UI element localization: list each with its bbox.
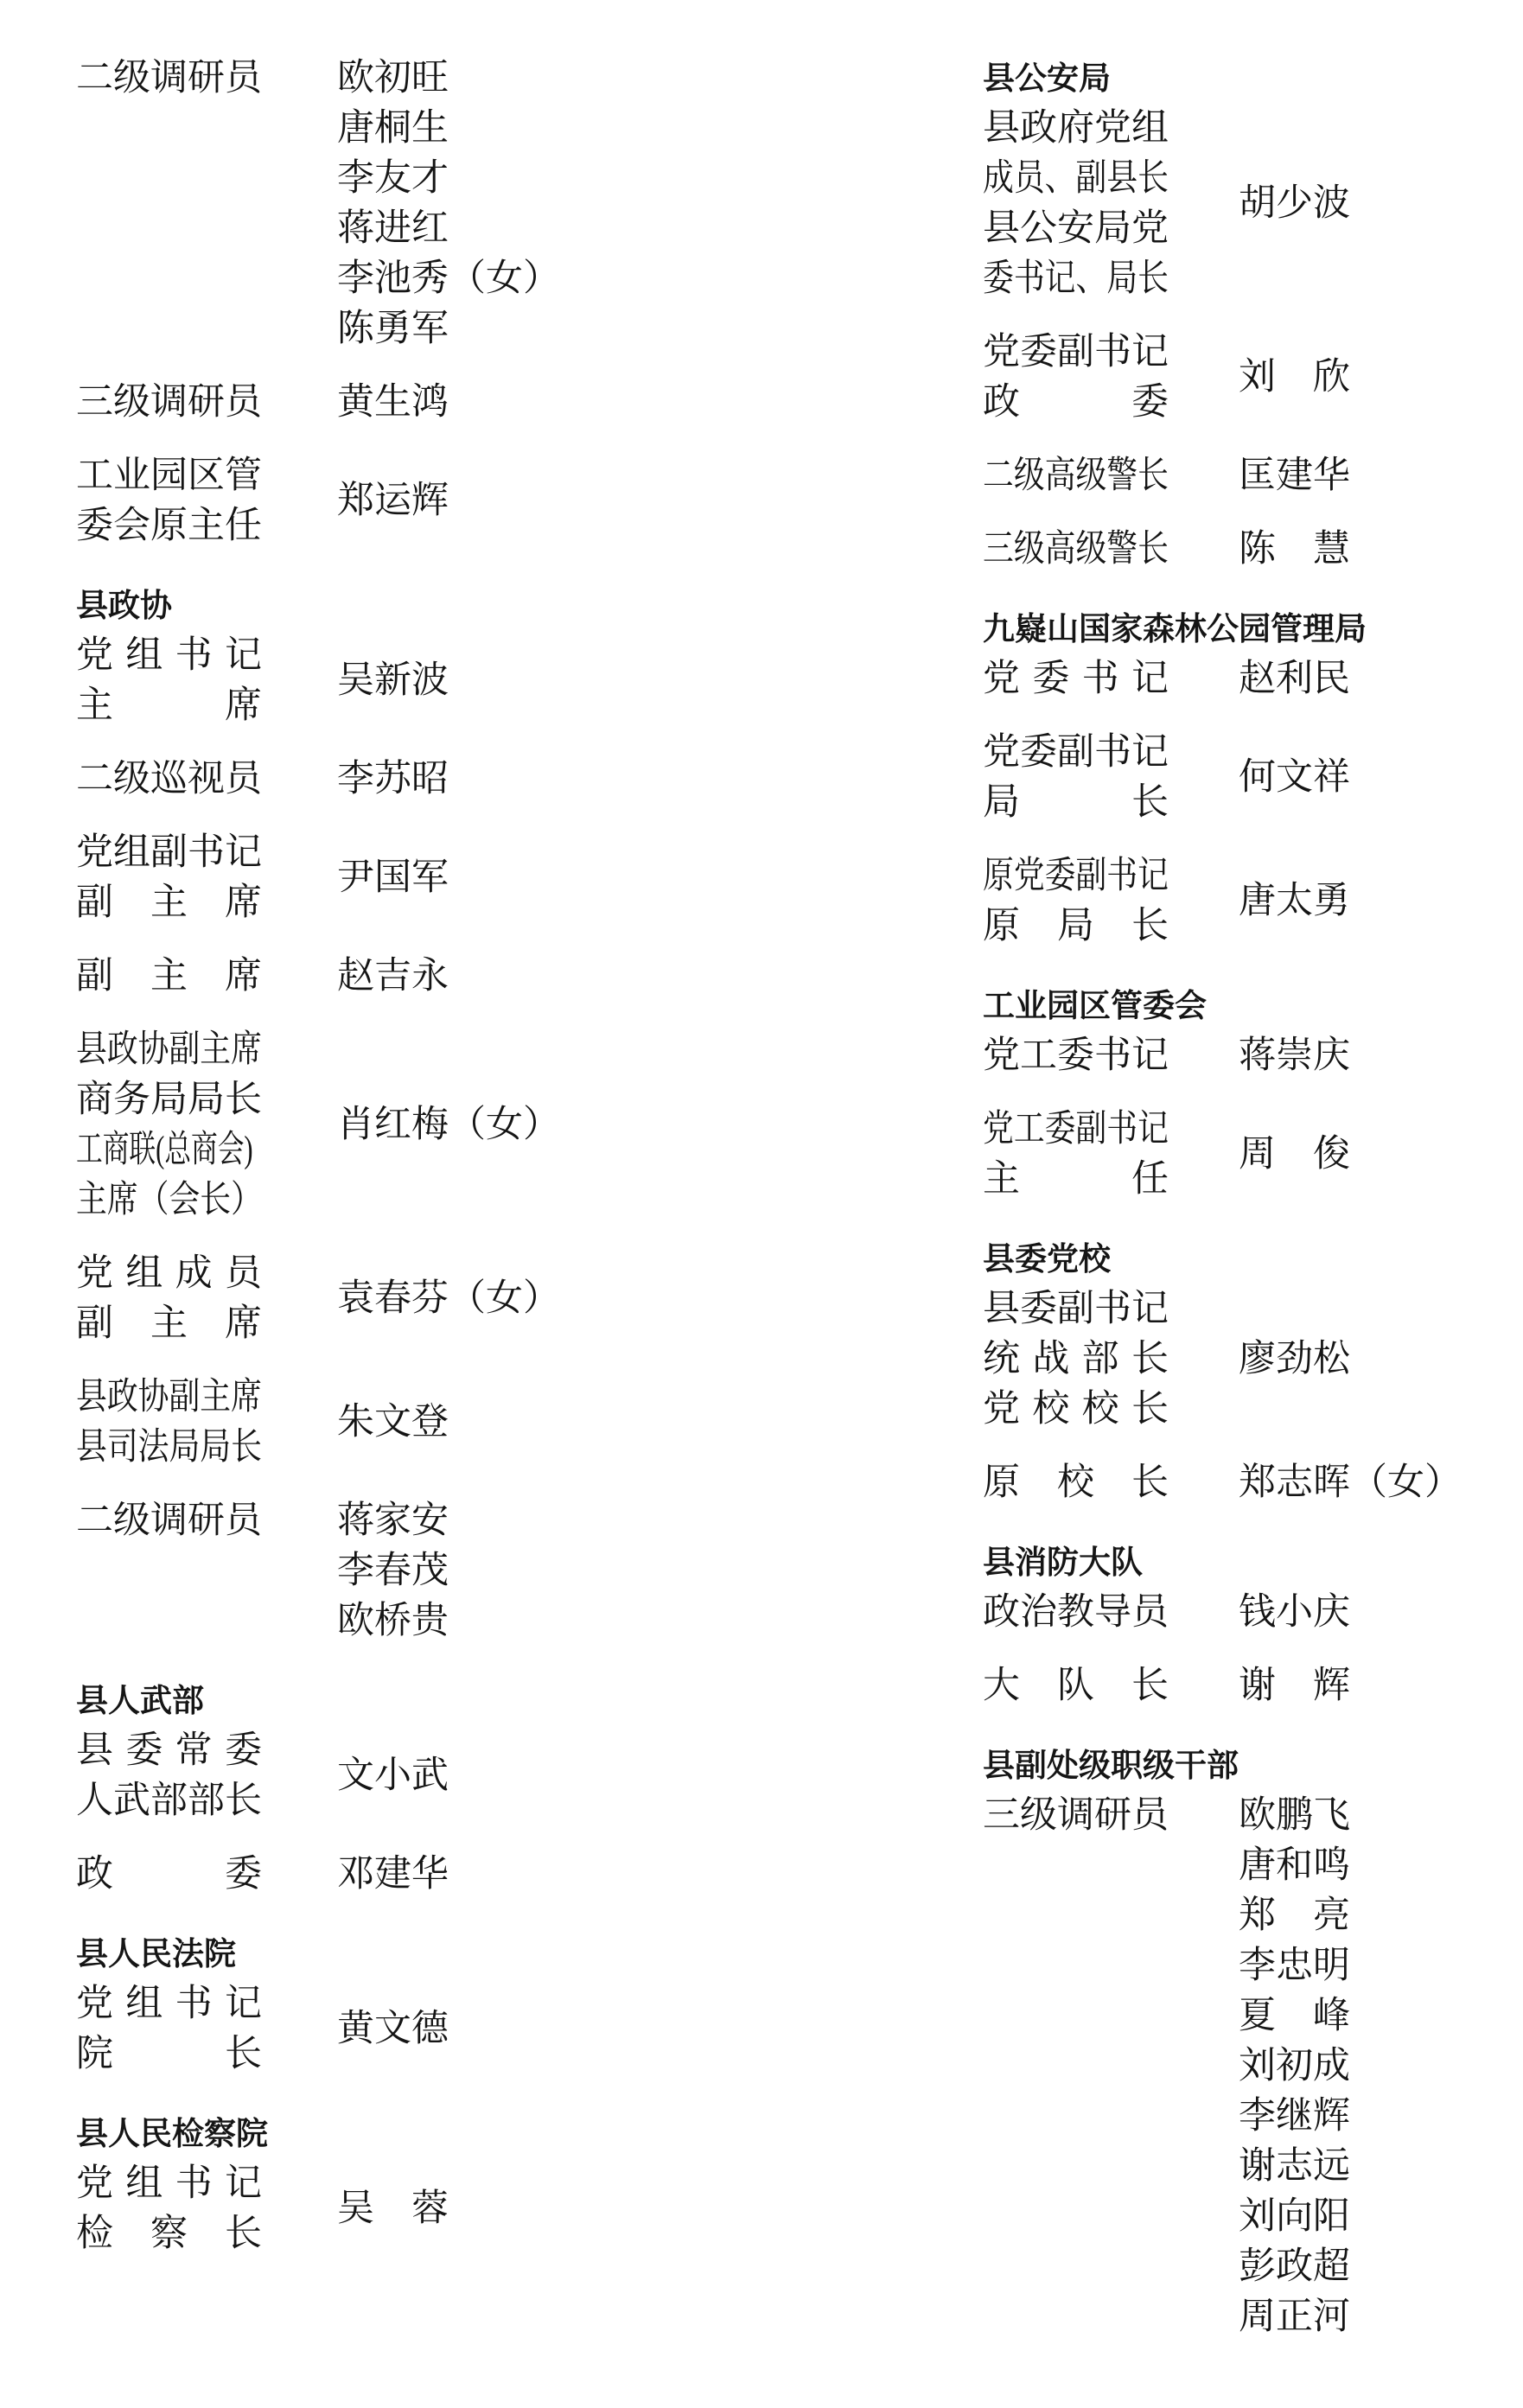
position-title: 工业园区管委会原主任 (76, 451, 262, 551)
glyph: 书 (175, 1979, 213, 2029)
person-names: 欧初旺唐桐生李友才蒋进红李池秀（女）陈勇军 (337, 54, 560, 354)
section-header: 县公安局 (983, 54, 1519, 104)
roster-entry: 二级高级警长匡建华 (983, 451, 1519, 501)
glyph: 委 (1032, 654, 1069, 704)
glyph: 局 (1057, 901, 1094, 952)
glyph: 记 (1131, 654, 1169, 704)
position-title: 原校长 (983, 1458, 1169, 1508)
roster-section: 工业园区管委会党工委书记蒋崇庆党工委副书记主任周俊 (983, 981, 1519, 1205)
glyph: 书 (175, 631, 213, 681)
glyph: 陈 (1239, 525, 1276, 575)
position-title: 党组成员副主席 (76, 1249, 262, 1349)
glyph: 书 (1082, 654, 1119, 704)
glyph: 记 (225, 2159, 262, 2209)
person-names: 赵吉永 (337, 952, 449, 1002)
person-name: 刘向阳 (1239, 2192, 1350, 2242)
glyph: 席 (225, 952, 262, 1002)
glyph: 副 (76, 1299, 113, 1349)
person-name: 陈勇军 (337, 304, 560, 354)
person-name: 何文祥 (1239, 753, 1350, 803)
compressed-title-text: 县司法局局长 (76, 1423, 262, 1473)
glyph: 长 (1131, 778, 1169, 828)
position-title-line: 原校长 (983, 1458, 1169, 1508)
position-title: 党委副书记政委 (983, 328, 1169, 428)
person-names: 邓建华 (337, 1850, 449, 1900)
position-title: 党委书记 (983, 654, 1169, 704)
glyph: 校 (1032, 1385, 1069, 1435)
section-header: 县政协 (76, 581, 742, 631)
glyph: 慧 (1313, 525, 1350, 575)
glyph: 长 (225, 2209, 262, 2259)
glyph: 长 (1131, 1335, 1169, 1385)
roster-section: 二级调研员欧初旺唐桐生李友才蒋进红李池秀（女）陈勇军三级调研员黄生鸿工业园区管委… (76, 54, 742, 551)
position-title-line: 党校校长 (983, 1385, 1169, 1435)
person-name: 钱小庆 (1239, 1588, 1350, 1638)
person-name: 李忠明 (1239, 1941, 1350, 1991)
position-title-line: 统战部长 (983, 1335, 1169, 1385)
person-names: 尹国军 (337, 853, 449, 903)
position-title-line: 委书记、局长 (983, 254, 1169, 304)
glyph: 俊 (1313, 1130, 1350, 1180)
roster-entry: 党组成员副主席袁春芬（女） (76, 1249, 742, 1349)
glyph: 党 (76, 631, 113, 681)
glyph: 原 (983, 901, 1020, 952)
person-names: 李苏昭 (337, 755, 449, 805)
right-column: 县公安局县政府党组成员、副县长县公安局党委书记、局长胡少波党委副书记政委刘欣二级… (983, 54, 1519, 2342)
person-names: 黄文德 (337, 2004, 449, 2054)
section-header: 九嶷山国家森林公园管理局 (983, 604, 1519, 654)
roster-entry: 党工委书记蒋崇庆 (983, 1031, 1519, 1081)
position-title-line: 党委副书记 (983, 728, 1169, 778)
glyph: 刘 (1239, 353, 1276, 403)
position-title-line: 党委副书记 (983, 328, 1169, 378)
person-names: 刘欣 (1239, 353, 1350, 403)
position-title: 党组书记院长 (76, 1979, 262, 2080)
person-name: 欧初旺 (337, 54, 560, 104)
person-names: 郑运辉 (337, 476, 449, 526)
glyph: 副 (76, 952, 113, 1002)
roster-entry: 县政协副主席商务局局长工商联(总商会)主席（会长）肖红梅（女） (76, 1025, 742, 1226)
roster-section: 县委党校县委副书记统战部长党校校长廖劲松原校长郑志晖（女） (983, 1234, 1519, 1508)
glyph: 委 (225, 1726, 262, 1776)
roster-entry: 三级高级警长陈慧 (983, 525, 1519, 575)
glyph: 蓉 (411, 2184, 449, 2234)
person-name: 彭政超 (1239, 2242, 1350, 2292)
roster-entry: 政治教导员钱小庆 (983, 1588, 1519, 1638)
roster-entry: 县委常委人武部部长文小武 (76, 1726, 742, 1826)
position-title: 党组书记检察长 (76, 2159, 262, 2259)
person-name: 肖红梅（女） (337, 1100, 560, 1150)
glyph: 党 (76, 2159, 113, 2209)
glyph: 院 (76, 2029, 113, 2080)
person-names: 赵利民 (1239, 654, 1350, 704)
glyph: 书 (175, 2159, 213, 2209)
person-names: 周俊 (1239, 1130, 1350, 1180)
position-title-line: 二级调研员 (76, 1496, 262, 1546)
glyph: 主 (983, 1155, 1020, 1205)
position-title-line: 县委副书记 (983, 1284, 1169, 1335)
glyph: 吴 (337, 2184, 374, 2234)
glyph: 政 (983, 378, 1020, 428)
glyph: 副 (76, 878, 113, 928)
position-title-line: 局长 (983, 778, 1169, 828)
left-column: 二级调研员欧初旺唐桐生李友才蒋进红李池秀（女）陈勇军三级调研员黄生鸿工业园区管委… (76, 54, 742, 2259)
roster-entry: 二级调研员蒋家安李春茂欧桥贵 (76, 1496, 742, 1647)
position-title-line: 县委常委 (76, 1726, 262, 1776)
person-name: 欧鹏飞 (1239, 1791, 1350, 1841)
roster-entry: 党组书记院长黄文德 (76, 1979, 742, 2080)
person-names: 钱小庆 (1239, 1588, 1350, 1638)
person-name: 周俊 (1239, 1130, 1350, 1180)
roster-entry: 党组副书记副主席尹国军 (76, 828, 742, 928)
person-name: 郑志晖（女） (1239, 1458, 1462, 1508)
section-header: 县人武部 (76, 1676, 742, 1726)
roster-section: 县人武部县委常委人武部部长文小武政委邓建华 (76, 1676, 742, 1900)
glyph: 峰 (1313, 1991, 1350, 2042)
position-title-line: 院长 (76, 2029, 262, 2080)
position-title-line: 成员、副县长 (983, 154, 1169, 204)
section-header: 县人民检察院 (76, 2109, 742, 2159)
person-name: 郑亮 (1239, 1891, 1350, 1941)
person-names: 郑志晖（女） (1239, 1458, 1462, 1508)
roster-entry: 党组书记检察长吴蓉 (76, 2159, 742, 2259)
glyph: 主 (150, 952, 188, 1002)
position-title-line: 原局长 (983, 901, 1169, 952)
glyph: 组 (125, 1979, 162, 2029)
person-name: 周正河 (1239, 2292, 1350, 2342)
glyph: 组 (125, 2159, 162, 2209)
compressed-title-text: 县政协副主席 (76, 1025, 262, 1075)
compressed-title-text: 主席（会长） (76, 1175, 262, 1226)
glyph: 席 (225, 1299, 262, 1349)
position-title: 副主席 (76, 952, 262, 1002)
position-title-line: 副主席 (76, 1299, 262, 1349)
person-name: 李友才 (337, 154, 560, 204)
person-name: 蒋家安 (337, 1496, 449, 1546)
position-title-line: 县政府党组 (983, 104, 1169, 154)
compressed-title-text: 二级高级警长 (983, 451, 1169, 501)
person-name: 邓建华 (337, 1850, 449, 1900)
glyph: 校 (1082, 1385, 1119, 1435)
roster-entry: 政委邓建华 (76, 1850, 742, 1900)
glyph: 长 (1131, 1458, 1169, 1508)
section-header: 县消防大队 (983, 1538, 1519, 1588)
roster-page: 二级调研员欧初旺唐桐生李友才蒋进红李池秀（女）陈勇军三级调研员黄生鸿工业园区管委… (0, 0, 1523, 2408)
glyph: 常 (175, 1726, 213, 1776)
roster-section: 县副处级职级干部三级调研员欧鹏飞唐和鸣郑亮李忠明夏峰刘初成李继辉谢志远刘向阳彭政… (983, 1741, 1519, 2342)
roster-entry: 县政府党组成员、副县长县公安局党委书记、局长胡少波 (983, 104, 1519, 304)
person-name: 李苏昭 (337, 755, 449, 805)
position-title: 二级巡视员 (76, 755, 262, 805)
position-title: 县政协副主席县司法局局长 (76, 1373, 262, 1473)
position-title: 政委 (76, 1850, 262, 1900)
section-header: 县副处级职级干部 (983, 1741, 1519, 1791)
glyph: 主 (150, 1299, 188, 1349)
glyph: 党 (76, 1249, 113, 1299)
person-name: 蒋进红 (337, 204, 560, 254)
glyph: 党 (76, 1979, 113, 2029)
person-name: 刘欣 (1239, 353, 1350, 403)
glyph: 夏 (1239, 1991, 1276, 2042)
person-names: 文小武 (337, 1751, 449, 1801)
position-title: 三级调研员 (983, 1791, 1169, 1841)
position-title-line: 检察长 (76, 2209, 262, 2259)
roster-entry: 党委副书记政委刘欣 (983, 328, 1519, 428)
position-title-line: 党组成员 (76, 1249, 262, 1299)
position-title-line: 二级巡视员 (76, 755, 262, 805)
position-title-line: 原党委副书记 (983, 851, 1169, 901)
position-title: 党组书记主席 (76, 631, 262, 731)
person-name: 唐和鸣 (1239, 1841, 1350, 1891)
position-title: 党委副书记局长 (983, 728, 1169, 828)
position-title: 党组副书记副主席 (76, 828, 262, 928)
compressed-title-text: 工商联(总商会) (76, 1125, 253, 1175)
glyph: 检 (76, 2209, 113, 2259)
compressed-title-text: 三级高级警长 (983, 525, 1169, 575)
position-title-line: 副主席 (76, 952, 262, 1002)
position-title: 县委常委人武部部长 (76, 1726, 262, 1826)
position-title: 二级调研员 (76, 54, 262, 104)
roster-section: 县人民法院党组书记院长黄文德 (76, 1929, 742, 2080)
position-title: 大队长 (983, 1661, 1169, 1711)
position-title: 原党委副书记原局长 (983, 851, 1169, 952)
glyph: 席 (225, 878, 262, 928)
person-names: 吴新波 (337, 656, 449, 706)
glyph: 郑 (1239, 1891, 1276, 1941)
person-name: 陈慧 (1239, 525, 1350, 575)
person-name: 谢辉 (1239, 1661, 1350, 1711)
glyph: 辉 (1313, 1661, 1350, 1711)
person-names: 谢辉 (1239, 1661, 1350, 1711)
person-names: 欧鹏飞唐和鸣郑亮李忠明夏峰刘初成李继辉谢志远刘向阳彭政超周正河 (1239, 1791, 1350, 2342)
person-name: 欧桥贵 (337, 1596, 449, 1647)
glyph: 政 (76, 1850, 113, 1900)
glyph: 长 (225, 2029, 262, 2080)
section-header: 工业园区管委会 (983, 981, 1519, 1031)
roster-section: 县人民检察院党组书记检察长吴蓉 (76, 2109, 742, 2259)
position-title-line: 政委 (76, 1850, 262, 1900)
roster-entry: 党委副书记局长何文祥 (983, 728, 1519, 828)
person-name: 夏峰 (1239, 1991, 1350, 2042)
roster-entry: 工业园区管委会原主任郑运辉 (76, 451, 742, 551)
compressed-title-text: 委书记、局长 (983, 254, 1169, 304)
person-name: 匡建华 (1239, 451, 1350, 501)
roster-entry: 二级巡视员李苏昭 (76, 755, 742, 805)
glyph: 长 (1131, 901, 1169, 952)
person-name: 蒋崇庆 (1239, 1031, 1350, 1081)
position-title-line: 商务局局长 (76, 1075, 262, 1125)
person-names: 胡少波 (1239, 179, 1350, 229)
position-title-line: 二级高级警长 (983, 451, 1169, 501)
glyph: 党 (983, 654, 1020, 704)
glyph: 党 (983, 1385, 1020, 1435)
position-title-line: 党委书记 (983, 654, 1169, 704)
glyph: 主 (150, 878, 188, 928)
person-names: 蒋崇庆 (1239, 1031, 1350, 1081)
roster-entry: 县委副书记统战部长党校校长廖劲松 (983, 1284, 1519, 1435)
glyph: 长 (1131, 1385, 1169, 1435)
person-name: 唐太勇 (1239, 876, 1350, 927)
glyph: 大 (983, 1661, 1020, 1711)
glyph: 主 (76, 681, 113, 731)
position-title-line: 主席（会长） (76, 1175, 262, 1226)
roster-entry: 三级调研员黄生鸿 (76, 378, 742, 428)
position-title-line: 三级高级警长 (983, 525, 1169, 575)
roster-entry: 二级调研员欧初旺唐桐生李友才蒋进红李池秀（女）陈勇军 (76, 54, 742, 354)
glyph: 成 (175, 1249, 213, 1299)
position-title-line: 政治教导员 (983, 1588, 1169, 1638)
glyph: 战 (1032, 1335, 1069, 1385)
person-name: 吴蓉 (337, 2184, 449, 2234)
position-title-line: 人武部部长 (76, 1776, 262, 1826)
glyph: 委 (1131, 378, 1169, 428)
position-title: 三级高级警长 (983, 525, 1169, 575)
position-title-line: 县司法局局长 (76, 1423, 262, 1473)
person-names: 吴蓉 (337, 2184, 449, 2234)
person-name: 刘初成 (1239, 2042, 1350, 2092)
position-title-line: 政委 (983, 378, 1169, 428)
glyph: 欣 (1313, 353, 1350, 403)
person-name: 唐桐生 (337, 104, 560, 154)
position-title: 二级高级警长 (983, 451, 1169, 501)
glyph: 员 (225, 1249, 262, 1299)
person-name: 袁春芬（女） (337, 1274, 560, 1324)
glyph: 任 (1131, 1155, 1169, 1205)
roster-section: 县政协党组书记主席吴新波二级巡视员李苏昭党组副书记副主席尹国军副主席赵吉永县政协… (76, 581, 742, 1647)
section-header: 县人民法院 (76, 1929, 742, 1979)
person-names: 陈慧 (1239, 525, 1350, 575)
person-names: 朱文登 (337, 1398, 449, 1448)
position-title-line: 党组副书记 (76, 828, 262, 878)
roster-section: 九嶷山国家森林公园管理局党委书记赵利民党委副书记局长何文祥原党委副书记原局长唐太… (983, 604, 1519, 952)
compressed-title-text: 原党委副书记 (983, 851, 1169, 901)
position-title: 二级调研员 (76, 1496, 262, 1546)
person-names: 袁春芬（女） (337, 1274, 560, 1324)
position-title-line: 工业园区管 (76, 451, 262, 501)
position-title-line: 主任 (983, 1155, 1169, 1205)
position-title: 县政协副主席商务局局长工商联(总商会)主席（会长） (76, 1025, 262, 1226)
person-name: 赵利民 (1239, 654, 1350, 704)
glyph: 组 (125, 631, 162, 681)
person-names: 黄生鸿 (337, 378, 449, 428)
position-title-line: 县政协副主席 (76, 1373, 262, 1423)
person-names: 廖劲松 (1239, 1335, 1350, 1385)
glyph: 局 (983, 778, 1020, 828)
position-title: 党工委副书记主任 (983, 1105, 1169, 1205)
person-name: 朱文登 (337, 1398, 449, 1448)
glyph: 周 (1239, 1130, 1276, 1180)
roster-entry: 副主席赵吉永 (76, 952, 742, 1002)
position-title-line: 县公安局党 (983, 204, 1169, 254)
person-names: 何文祥 (1239, 753, 1350, 803)
compressed-title-text: 党工委副书记 (983, 1105, 1169, 1155)
person-name: 李池秀（女） (337, 254, 560, 304)
glyph: 记 (225, 631, 262, 681)
person-names: 蒋家安李春茂欧桥贵 (337, 1496, 449, 1647)
roster-entry: 原党委副书记原局长唐太勇 (983, 851, 1519, 952)
person-name: 尹国军 (337, 853, 449, 903)
position-title-line: 二级调研员 (76, 54, 262, 104)
person-name: 郑运辉 (337, 476, 449, 526)
glyph: 记 (225, 1979, 262, 2029)
glyph: 队 (1057, 1661, 1094, 1711)
position-title-line: 党工委副书记 (983, 1105, 1169, 1155)
glyph: 组 (125, 1249, 162, 1299)
person-name: 谢志远 (1239, 2142, 1350, 2192)
glyph: 察 (150, 2209, 188, 2259)
roster-entry: 县政协副主席县司法局局长朱文登 (76, 1373, 742, 1473)
position-title-line: 三级调研员 (76, 378, 262, 428)
roster-entry: 党委书记赵利民 (983, 654, 1519, 704)
compressed-title-text: 县政协副主席 (76, 1373, 262, 1423)
position-title: 党工委书记 (983, 1031, 1169, 1081)
roster-section: 县公安局县政府党组成员、副县长县公安局党委书记、局长胡少波党委副书记政委刘欣二级… (983, 54, 1519, 575)
person-name: 胡少波 (1239, 179, 1350, 229)
position-title: 县政府党组成员、副县长县公安局党委书记、局长 (983, 104, 1169, 304)
person-names: 匡建华 (1239, 451, 1350, 501)
roster-entry: 三级调研员欧鹏飞唐和鸣郑亮李忠明夏峰刘初成李继辉谢志远刘向阳彭政超周正河 (983, 1791, 1519, 2342)
person-name: 李春茂 (337, 1546, 449, 1596)
glyph: 谢 (1239, 1661, 1276, 1711)
glyph: 校 (1057, 1458, 1094, 1508)
position-title-line: 党组书记 (76, 1979, 262, 2029)
person-names: 肖红梅（女） (337, 1100, 560, 1150)
position-title-line: 副主席 (76, 878, 262, 928)
position-title-line: 党组书记 (76, 631, 262, 681)
roster-entry: 党工委副书记主任周俊 (983, 1105, 1519, 1205)
person-name: 李继辉 (1239, 2092, 1350, 2142)
position-title: 政治教导员 (983, 1588, 1169, 1638)
glyph: 统 (983, 1335, 1020, 1385)
position-title-line: 党工委书记 (983, 1031, 1169, 1081)
position-title: 三级调研员 (76, 378, 262, 428)
person-name: 吴新波 (337, 656, 449, 706)
person-names: 唐太勇 (1239, 876, 1350, 927)
position-title-line: 大队长 (983, 1661, 1169, 1711)
position-title-line: 县政协副主席 (76, 1025, 262, 1075)
person-name: 文小武 (337, 1751, 449, 1801)
section-header: 县委党校 (983, 1234, 1519, 1284)
position-title-line: 委会原主任 (76, 501, 262, 551)
roster-entry: 大队长谢辉 (983, 1661, 1519, 1711)
glyph: 委 (225, 1850, 262, 1900)
position-title-line: 三级调研员 (983, 1791, 1169, 1841)
position-title: 县委副书记统战部长党校校长 (983, 1284, 1169, 1435)
person-name: 廖劲松 (1239, 1335, 1350, 1385)
glyph: 县 (76, 1726, 113, 1776)
person-name: 赵吉永 (337, 952, 449, 1002)
glyph: 原 (983, 1458, 1020, 1508)
person-name: 黄文德 (337, 2004, 449, 2054)
glyph: 部 (1082, 1335, 1119, 1385)
glyph: 席 (225, 681, 262, 731)
roster-entry: 原校长郑志晖（女） (983, 1458, 1519, 1508)
glyph: 长 (1131, 1661, 1169, 1711)
compressed-title-text: 成员、副县长 (983, 154, 1169, 204)
position-title-line: 党组书记 (76, 2159, 262, 2209)
position-title-line: 工商联(总商会) (76, 1125, 262, 1175)
glyph: 亮 (1313, 1891, 1350, 1941)
position-title-line: 主席 (76, 681, 262, 731)
roster-entry: 党组书记主席吴新波 (76, 631, 742, 731)
roster-section: 县消防大队政治教导员钱小庆大队长谢辉 (983, 1538, 1519, 1711)
person-name: 黄生鸿 (337, 378, 449, 428)
glyph: 委 (125, 1726, 162, 1776)
